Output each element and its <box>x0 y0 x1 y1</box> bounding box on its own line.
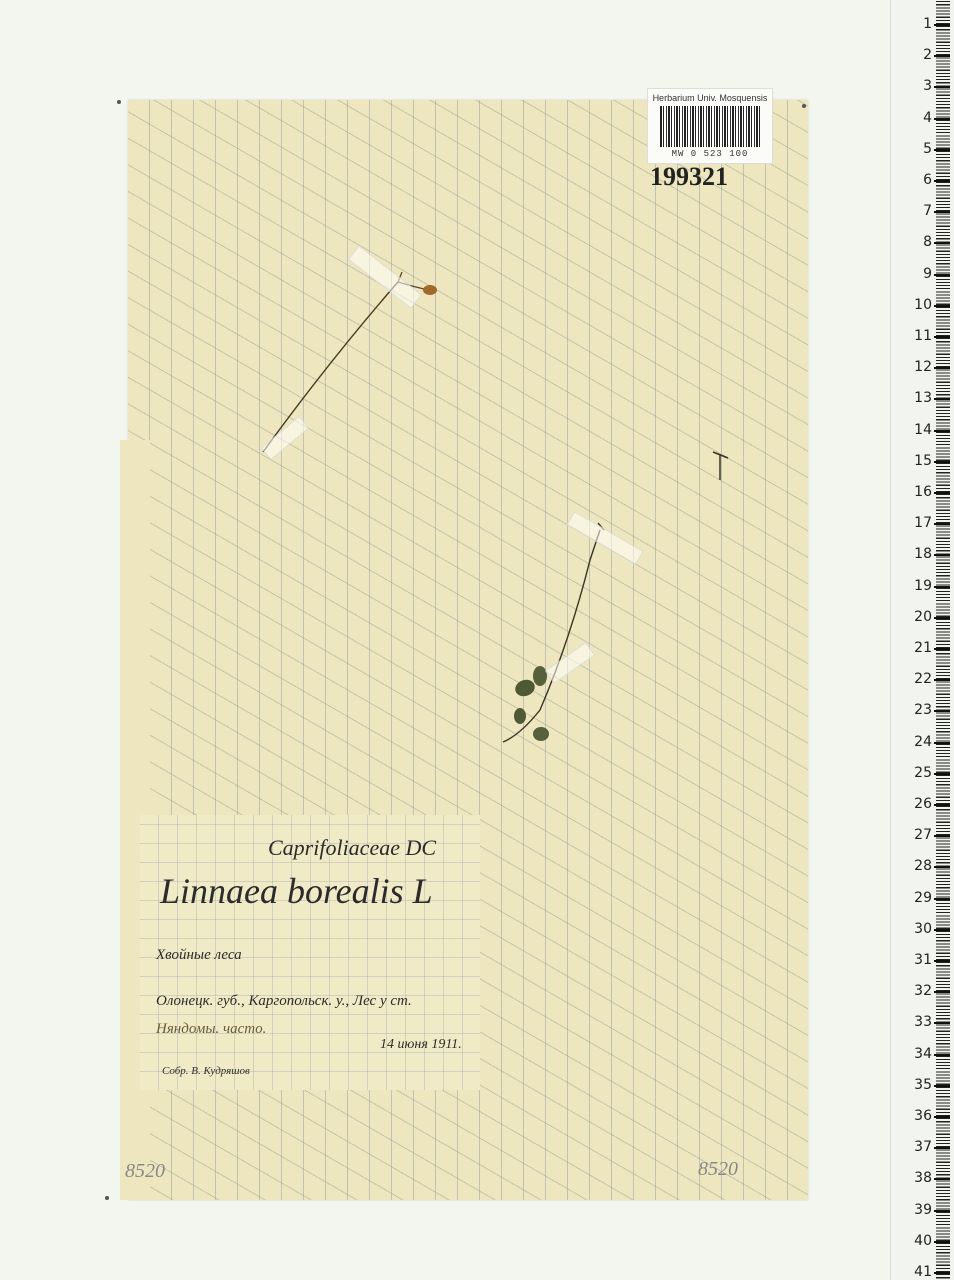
collection-date: 14 июня 1911. <box>380 1037 462 1053</box>
ruler-major-tick <box>934 398 950 400</box>
barcode-code: MW 0 523 100 <box>672 149 749 159</box>
specimen-lower-stem <box>503 523 604 742</box>
ruler-label: 8 <box>923 234 932 250</box>
leaf-icon <box>514 708 526 724</box>
species-name: Linnaea borealis L <box>160 870 433 912</box>
ruler-label: 36 <box>914 1108 932 1124</box>
ruler-major-tick <box>934 86 950 88</box>
ruler-major-tick <box>934 960 950 962</box>
cm-ruler: 1234567891011121314151617181920212223242… <box>890 0 954 1280</box>
leaf-icon <box>533 727 549 741</box>
determination-label: Caprifoliaceae DC Linnaea borealis L Хво… <box>140 815 480 1090</box>
ruler-major-tick <box>934 367 950 369</box>
ruler-label: 6 <box>923 172 932 188</box>
ruler-label: 28 <box>914 858 932 874</box>
ruler-label: 32 <box>914 983 932 999</box>
ruler-major-tick <box>934 1116 950 1118</box>
ruler-major-tick <box>934 1085 950 1087</box>
ruler-label: 1 <box>923 16 932 32</box>
institution-name: Herbarium Univ. Mosquensis <box>653 93 768 103</box>
ruler-label: 34 <box>914 1046 932 1062</box>
ruler-label: 19 <box>914 578 932 594</box>
collector: Собр. В. Кудряшов <box>162 1065 250 1077</box>
accession-number: 199321 <box>650 162 728 192</box>
habitat-note: Няндомы. часто. <box>156 1021 266 1038</box>
ruler-label: 39 <box>914 1202 932 1218</box>
ruler-label: 21 <box>914 640 932 656</box>
ruler-major-tick <box>934 773 950 775</box>
leaf-icon <box>513 677 537 699</box>
ruler-label: 20 <box>914 609 932 625</box>
ruler-major-tick <box>934 1147 950 1149</box>
ruler-label: 15 <box>914 453 932 469</box>
ruler-label: 18 <box>914 546 932 562</box>
ruler-ticks <box>936 0 950 1280</box>
ruler-label: 4 <box>923 110 932 126</box>
ruler-major-tick <box>934 1241 950 1243</box>
ruler-major-tick <box>934 1054 950 1056</box>
ruler-label: 40 <box>914 1233 932 1249</box>
ruler-label: 11 <box>914 328 932 344</box>
ruler-label: 29 <box>914 890 932 906</box>
ruler-label: 9 <box>923 266 932 282</box>
ruler-major-tick <box>934 274 950 276</box>
ruler-major-tick <box>934 336 950 338</box>
ruler-label: 3 <box>923 78 932 94</box>
pencil-note-left: 8520 <box>125 1160 165 1183</box>
ruler-major-tick <box>934 180 950 182</box>
ruler-label: 25 <box>914 765 932 781</box>
ruler-label: 35 <box>914 1077 932 1093</box>
ruler-label: 7 <box>923 203 932 219</box>
ruler-label: 26 <box>914 796 932 812</box>
ruler-major-tick <box>934 554 950 556</box>
ruler-major-tick <box>934 305 950 307</box>
ruler-major-tick <box>934 742 950 744</box>
ruler-label: 22 <box>914 671 932 687</box>
ruler-major-tick <box>934 242 950 244</box>
ruler-label: 31 <box>914 952 932 968</box>
specimen-fragment <box>713 452 728 480</box>
ruler-label: 12 <box>914 359 932 375</box>
habitat-type: Хвойные леса <box>156 947 242 964</box>
ruler-major-tick <box>934 617 950 619</box>
flower-icon <box>423 285 437 295</box>
ruler-major-tick <box>934 804 950 806</box>
ruler-label: 30 <box>914 921 932 937</box>
ruler-major-tick <box>934 211 950 213</box>
barcode-icon <box>660 106 760 147</box>
ruler-major-tick <box>934 835 950 837</box>
ruler-major-tick <box>934 648 950 650</box>
ruler-major-tick <box>934 149 950 151</box>
ruler-label: 41 <box>914 1264 932 1280</box>
ruler-major-tick <box>934 710 950 712</box>
ruler-major-tick <box>934 1272 950 1274</box>
ruler-label: 27 <box>914 827 932 843</box>
ruler-major-tick <box>934 1210 950 1212</box>
ruler-label: 24 <box>914 734 932 750</box>
ruler-label: 33 <box>914 1014 932 1030</box>
ruler-label: 13 <box>914 390 932 406</box>
ruler-label: 23 <box>914 702 932 718</box>
ruler-major-tick <box>934 929 950 931</box>
ruler-label: 16 <box>914 484 932 500</box>
ruler-label: 14 <box>914 422 932 438</box>
barcode-label: Herbarium Univ. Mosquensis MW 0 523 100 <box>647 88 773 164</box>
family-name: Caprifoliaceae DC <box>268 835 436 861</box>
ruler-major-tick <box>934 679 950 681</box>
ruler-major-tick <box>934 430 950 432</box>
ruler-label: 37 <box>914 1139 932 1155</box>
ruler-label: 17 <box>914 515 932 531</box>
ruler-major-tick <box>934 898 950 900</box>
pencil-note-right: 8520 <box>698 1158 738 1181</box>
ruler-major-tick <box>934 1022 950 1024</box>
locality: Олонецк. губ., Каргопольск. у., Лес у ст… <box>156 993 412 1010</box>
ruler-label: 38 <box>914 1170 932 1186</box>
ruler-label: 2 <box>923 47 932 63</box>
leaf-icon <box>533 666 547 686</box>
ruler-major-tick <box>934 118 950 120</box>
ruler-major-tick <box>934 991 950 993</box>
ruler-major-tick <box>934 492 950 494</box>
ruler-major-tick <box>934 586 950 588</box>
ruler-major-tick <box>934 461 950 463</box>
ruler-major-tick <box>934 523 950 525</box>
ruler-major-tick <box>934 55 950 57</box>
ruler-major-tick <box>934 1178 950 1180</box>
ruler-label: 10 <box>914 297 932 313</box>
ruler-label: 5 <box>923 141 932 157</box>
ruler-major-tick <box>934 866 950 868</box>
ruler-major-tick <box>934 24 950 26</box>
